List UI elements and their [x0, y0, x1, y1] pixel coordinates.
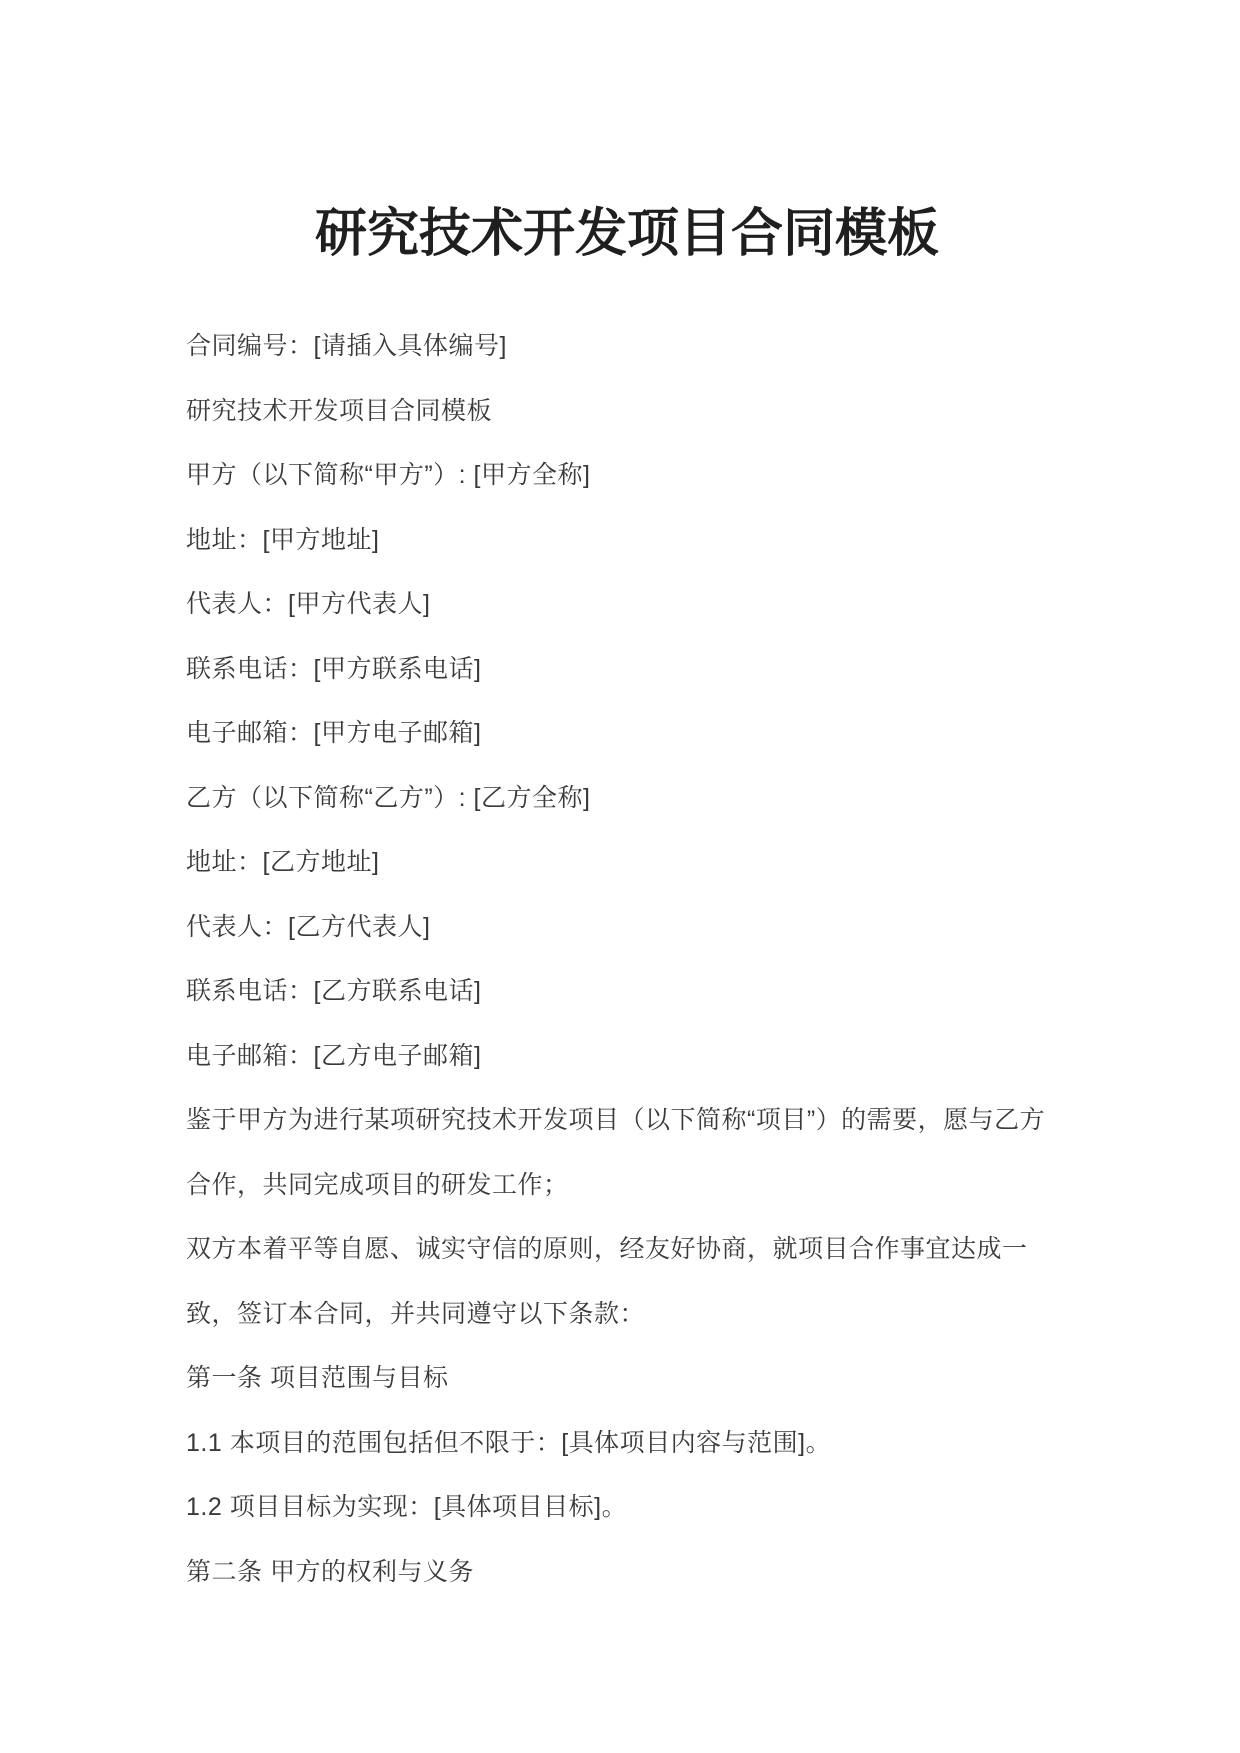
document-line: 电子邮箱：[甲方电子邮箱]: [186, 699, 1186, 764]
document-line: 地址：[甲方地址]: [186, 506, 1186, 571]
contract-document-page: 研究技术开发项目合同模板 合同编号：[请插入具体编号]研究技术开发项目合同模板甲…: [0, 0, 1240, 1753]
document-line: 1.1 本项目的范围包括但不限于：[具体项目内容与范围]。: [186, 1409, 1186, 1474]
document-line: 电子邮箱：[乙方电子邮箱]: [186, 1022, 1186, 1087]
document-body: 合同编号：[请插入具体编号]研究技术开发项目合同模板甲方（以下简称“甲方”）: …: [186, 312, 1186, 1602]
document-line: 合作，共同完成项目的研发工作；: [186, 1151, 1186, 1216]
document-line: 致，签订本合同，并共同遵守以下条款：: [186, 1280, 1186, 1345]
document-line: 研究技术开发项目合同模板: [186, 377, 1186, 442]
document-line: 第二条 甲方的权利与义务: [186, 1538, 1186, 1603]
document-line: 联系电话：[乙方联系电话]: [186, 957, 1186, 1022]
document-line: 代表人：[乙方代表人]: [186, 893, 1186, 958]
document-line: 第一条 项目范围与目标: [186, 1344, 1186, 1409]
document-title: 研究技术开发项目合同模板: [186, 206, 1068, 262]
document-line: 乙方（以下简称“乙方”）: [乙方全称]: [186, 764, 1186, 829]
document-line: 联系电话：[甲方联系电话]: [186, 635, 1186, 700]
document-line: 代表人：[甲方代表人]: [186, 570, 1186, 635]
document-line: 1.2 项目目标为实现：[具体项目目标]。: [186, 1473, 1186, 1538]
document-line: 合同编号：[请插入具体编号]: [186, 312, 1186, 377]
document-line: 鉴于甲方为进行某项研究技术开发项目（以下简称“项目”）的需要，愿与乙方: [186, 1086, 1186, 1151]
document-line: 甲方（以下简称“甲方”）: [甲方全称]: [186, 441, 1186, 506]
document-line: 地址：[乙方地址]: [186, 828, 1186, 893]
document-line: 双方本着平等自愿、诚实守信的原则，经友好协商，就项目合作事宜达成一: [186, 1215, 1186, 1280]
